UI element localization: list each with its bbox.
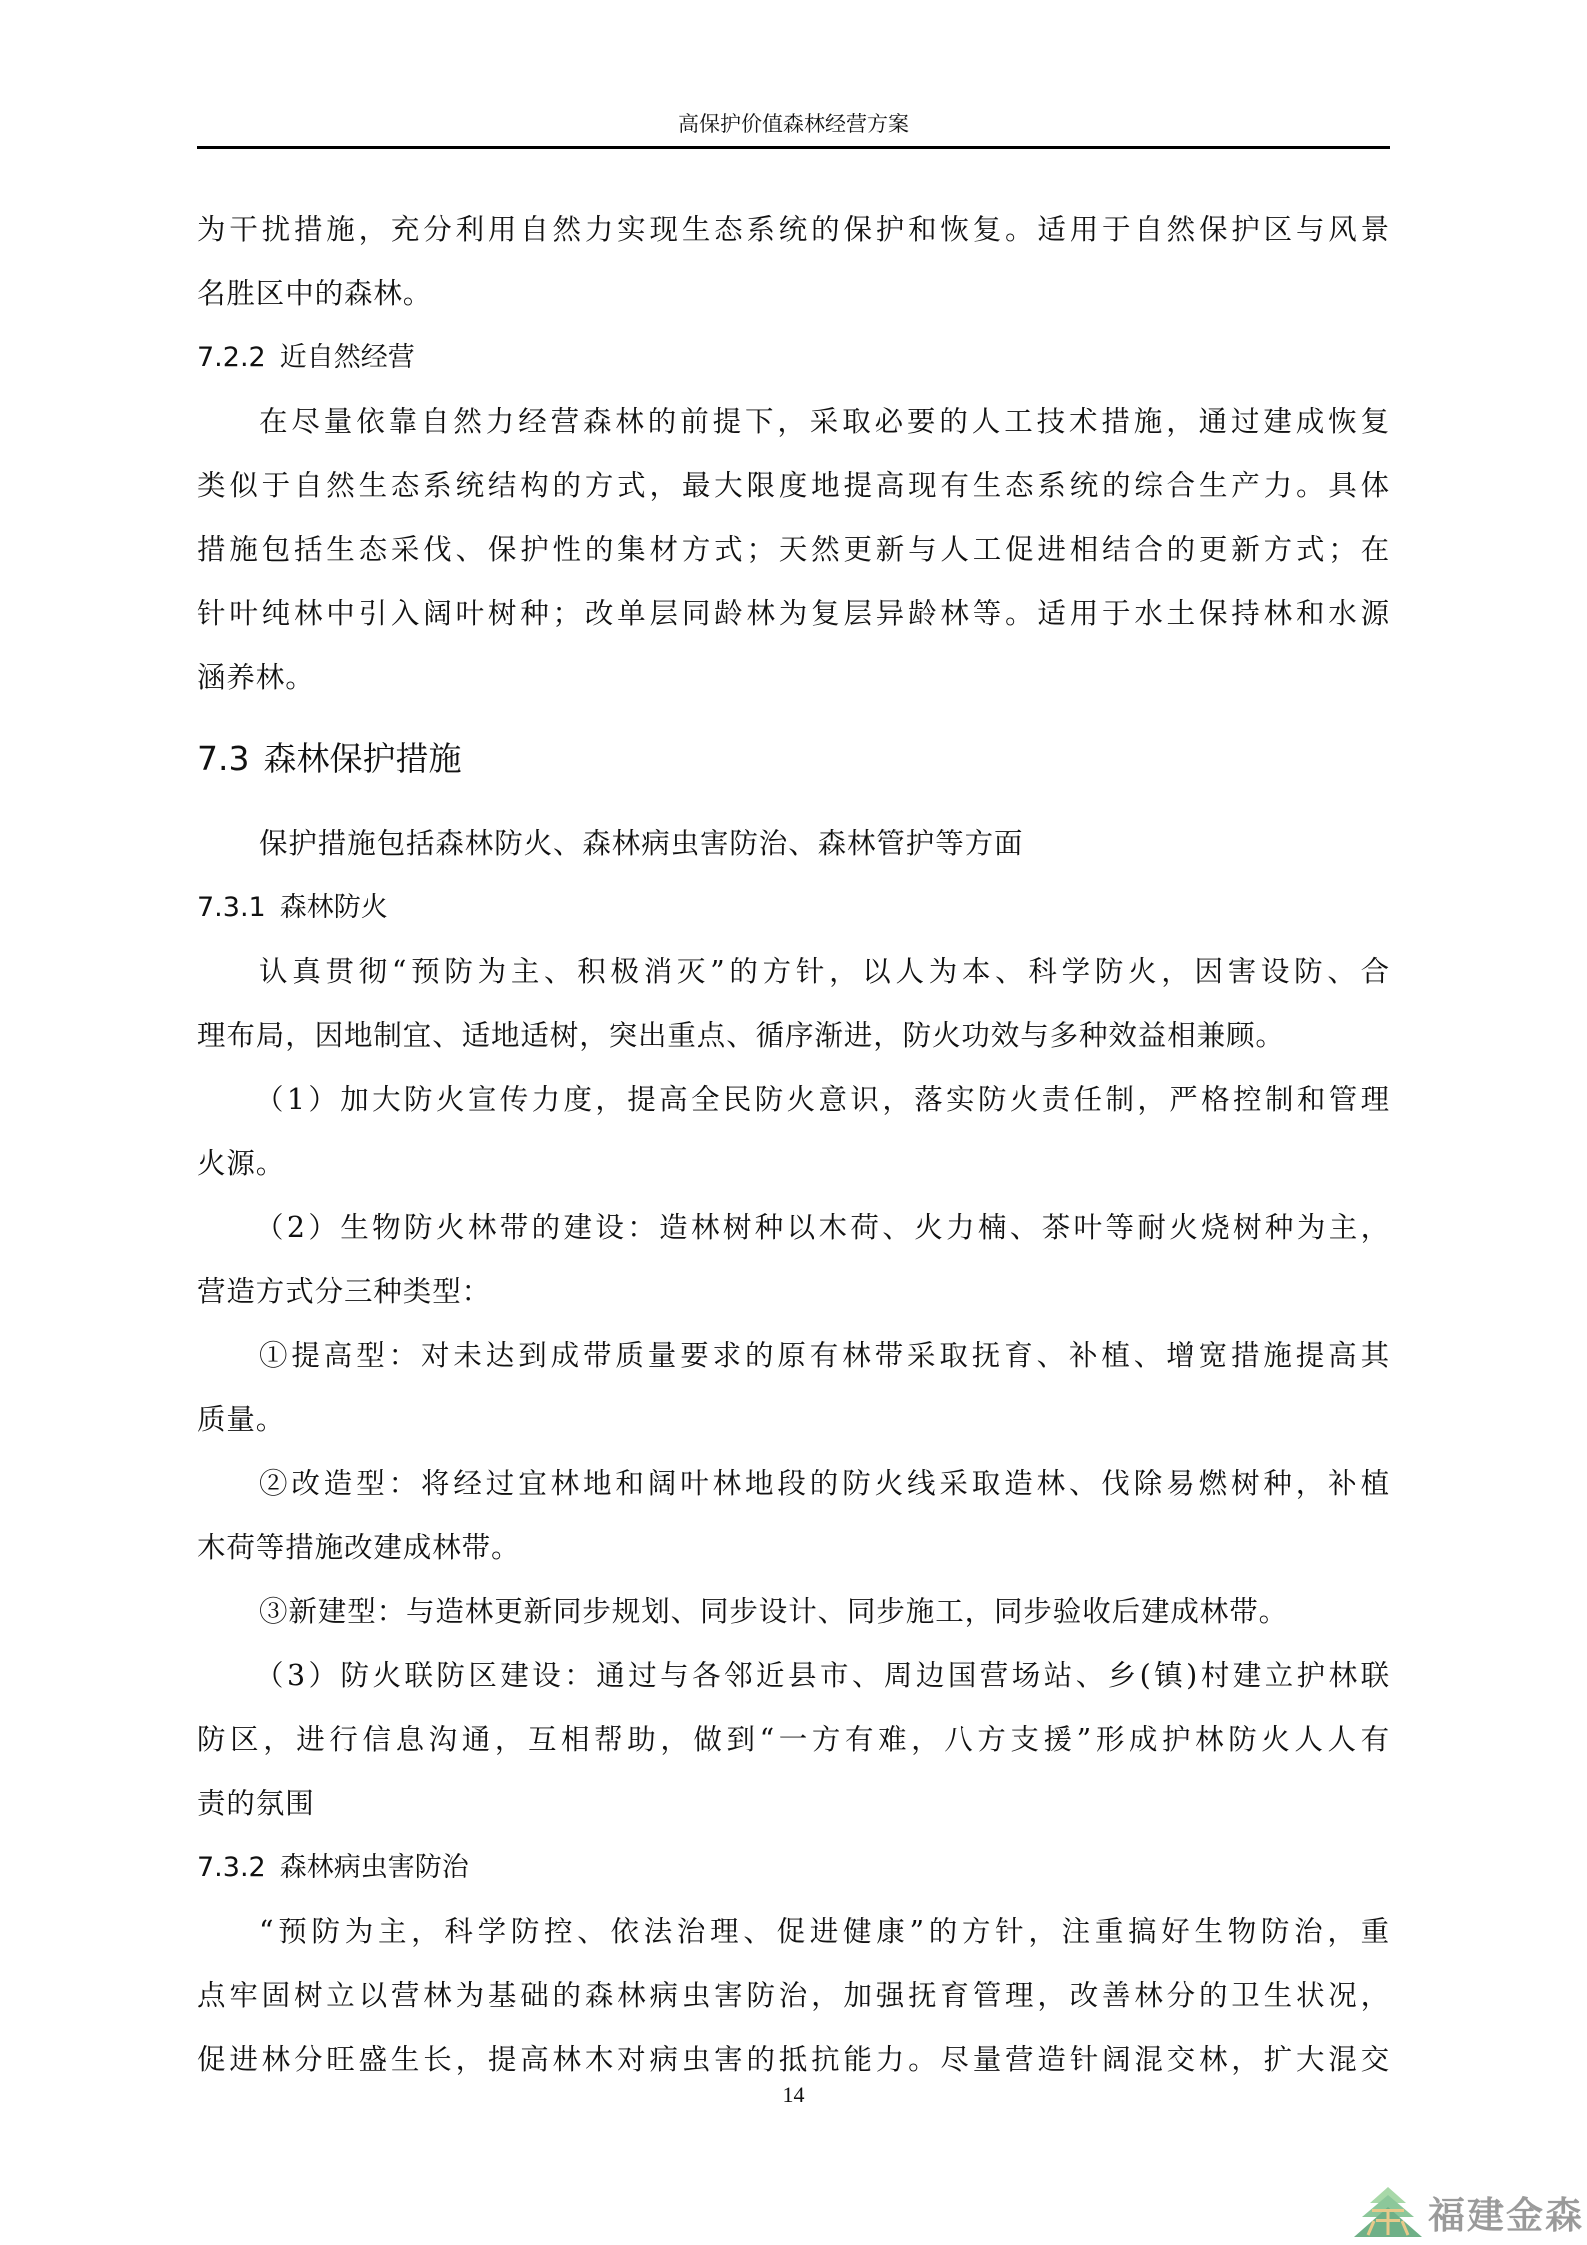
section-title: 森林保护措施 xyxy=(263,739,461,778)
section-title: 森林病虫害防治 xyxy=(280,1852,469,1883)
paragraph-line: 认真贯彻“预防为主、积极消灭”的方针，以人为本、科学防火，因害设防、合 xyxy=(197,940,1390,1004)
page-body: 为干扰措施，充分利用自然力实现生态系统的保护和恢复。适用于自然保护区与风景 名胜… xyxy=(197,198,1390,2092)
sub-item-line: 质量。 xyxy=(197,1388,1390,1452)
section-heading-7-3-1: 7.3.1森林防火 xyxy=(197,876,1390,940)
paragraph-line: 类似于自然生态系统结构的方式，最大限度地提高现有生态系统的综合生产力。具体 xyxy=(197,454,1390,518)
list-item-line: （1）加大防火宣传力度，提高全民防火意识，落实防火责任制，严格控制和管理 xyxy=(197,1068,1390,1132)
list-item-line: （3）防火联防区建设：通过与各邻近县市、周边国营场站、乡(镇)村建立护林联 xyxy=(197,1644,1390,1708)
section-number: 7.3.2 xyxy=(197,1852,266,1883)
watermark-text: 福建金森 xyxy=(1428,2185,1584,2239)
section-number: 7.2.2 xyxy=(197,342,266,373)
section-heading-7-2-2: 7.2.2近自然经营 xyxy=(197,326,1390,390)
paragraph-line: 涵养林。 xyxy=(197,646,1390,710)
paragraph-line: 为干扰措施，充分利用自然力实现生态系统的保护和恢复。适用于自然保护区与风景 xyxy=(197,198,1390,262)
document-page: 高保护价值森林经营方案 为干扰措施，充分利用自然力实现生态系统的保护和恢复。适用… xyxy=(0,0,1587,2245)
sub-item-line: ②改造型：将经过宜林地和阔叶林地段的防火线采取造林、伐除易燃树种，补植 xyxy=(197,1452,1390,1516)
paragraph-line: 理布局，因地制宜、适地适树，突出重点、循序渐进，防火功效与多种效益相兼顾。 xyxy=(197,1004,1390,1068)
section-heading-7-3: 7.3森林保护措施 xyxy=(197,710,1390,812)
running-header: 高保护价值森林经营方案 xyxy=(197,108,1390,138)
paragraph-line: 点牢固树立以营林为基础的森林病虫害防治，加强抚育管理，改善林分的卫生状况， xyxy=(197,1964,1390,2028)
paragraph-line: 在尽量依靠自然力经营森林的前提下，采取必要的人工技术措施，通过建成恢复 xyxy=(197,390,1390,454)
page-number: 14 xyxy=(0,2082,1587,2108)
paragraph-line: 措施包括生态采伐、保护性的集材方式；天然更新与人工促进相结合的更新方式；在 xyxy=(197,518,1390,582)
section-number: 7.3.1 xyxy=(197,892,266,923)
section-title: 森林防火 xyxy=(280,892,388,923)
list-item-line: （2）生物防火林带的建设：造林树种以木荷、火力楠、茶叶等耐火烧树种为主， xyxy=(197,1196,1390,1260)
list-item-line: 火源。 xyxy=(197,1132,1390,1196)
header-rule xyxy=(197,146,1390,149)
list-item-line: 营造方式分三种类型： xyxy=(197,1260,1390,1324)
list-item-line: 防区，进行信息沟通，互相帮助，做到“一方有难，八方支援”形成护林防火人人有 xyxy=(197,1708,1390,1772)
paragraph-line: 名胜区中的森林。 xyxy=(197,262,1390,326)
watermark-logo: 福建金森 xyxy=(1352,2184,1587,2240)
section-title: 近自然经营 xyxy=(280,342,415,373)
section-number: 7.3 xyxy=(197,739,249,778)
list-item-line: 责的氛围 xyxy=(197,1772,1390,1836)
paragraph-line: 保护措施包括森林防火、森林病虫害防治、森林管护等方面 xyxy=(197,812,1390,876)
sub-item-line: ①提高型：对未达到成带质量要求的原有林带采取抚育、补植、增宽措施提高其 xyxy=(197,1324,1390,1388)
sub-item-line: ③新建型：与造林更新同步规划、同步设计、同步施工，同步验收后建成林带。 xyxy=(197,1580,1390,1644)
section-heading-7-3-2: 7.3.2森林病虫害防治 xyxy=(197,1836,1390,1900)
paragraph-line: 针叶纯林中引入阔叶树种；改单层同龄林为复层异龄林等。适用于水土保持林和水源 xyxy=(197,582,1390,646)
paragraph-line: “预防为主，科学防控、依法治理、促进健康”的方针，注重搞好生物防治，重 xyxy=(197,1900,1390,1964)
tree-logo-icon xyxy=(1352,2185,1424,2239)
sub-item-line: 木荷等措施改建成林带。 xyxy=(197,1516,1390,1580)
